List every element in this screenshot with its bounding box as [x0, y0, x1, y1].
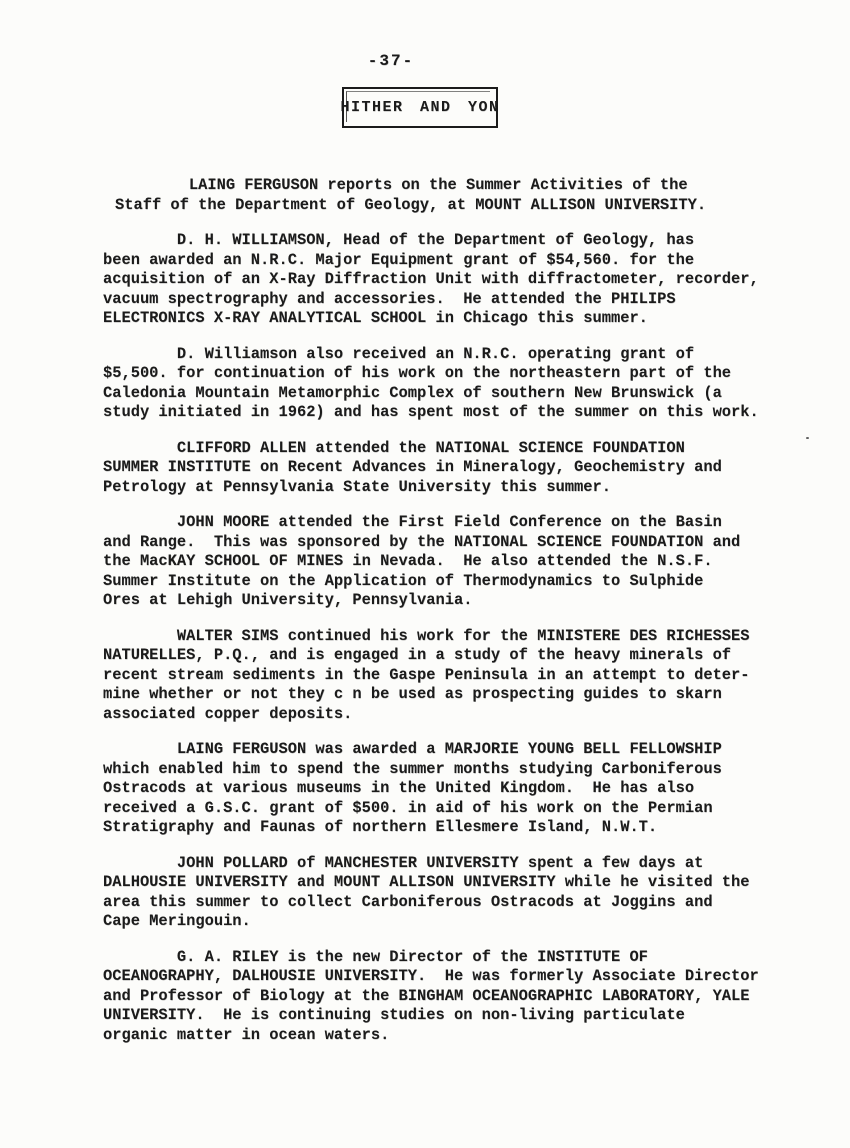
paragraph-laing-ferguson-fellowship: LAING FERGUSON was awarded a MARJORIE YO… — [103, 740, 823, 838]
page-number: -37- — [0, 52, 816, 70]
paragraph-williamson-operating-grant: D. Williamson also received an N.R.C. op… — [103, 345, 823, 423]
paragraph-williamson-grant: D. H. WILLIAMSON, Head of the Department… — [103, 231, 823, 329]
paragraph-john-pollard: JOHN POLLARD of MANCHESTER UNIVERSITY sp… — [103, 854, 823, 932]
document-page: -37- HITHER AND YON LAING FERGUSON repor… — [0, 0, 850, 1148]
page-title: HITHER AND YON — [340, 99, 499, 116]
paragraph-g-a-riley: G. A. RILEY is the new Director of the I… — [103, 948, 823, 1046]
paragraph-clifford-allen: CLIFFORD ALLEN attended the NATIONAL SCI… — [103, 439, 823, 498]
text-block: LAING FERGUSON reports on the Summer Act… — [103, 176, 823, 1061]
paragraph-walter-sims: WALTER SIMS continued his work for the M… — [103, 627, 823, 725]
paragraph-laing-ferguson-intro: LAING FERGUSON reports on the Summer Act… — [115, 176, 823, 215]
paragraph-john-moore: JOHN MOORE attended the First Field Conf… — [103, 513, 823, 611]
title-box: HITHER AND YON — [342, 87, 498, 128]
